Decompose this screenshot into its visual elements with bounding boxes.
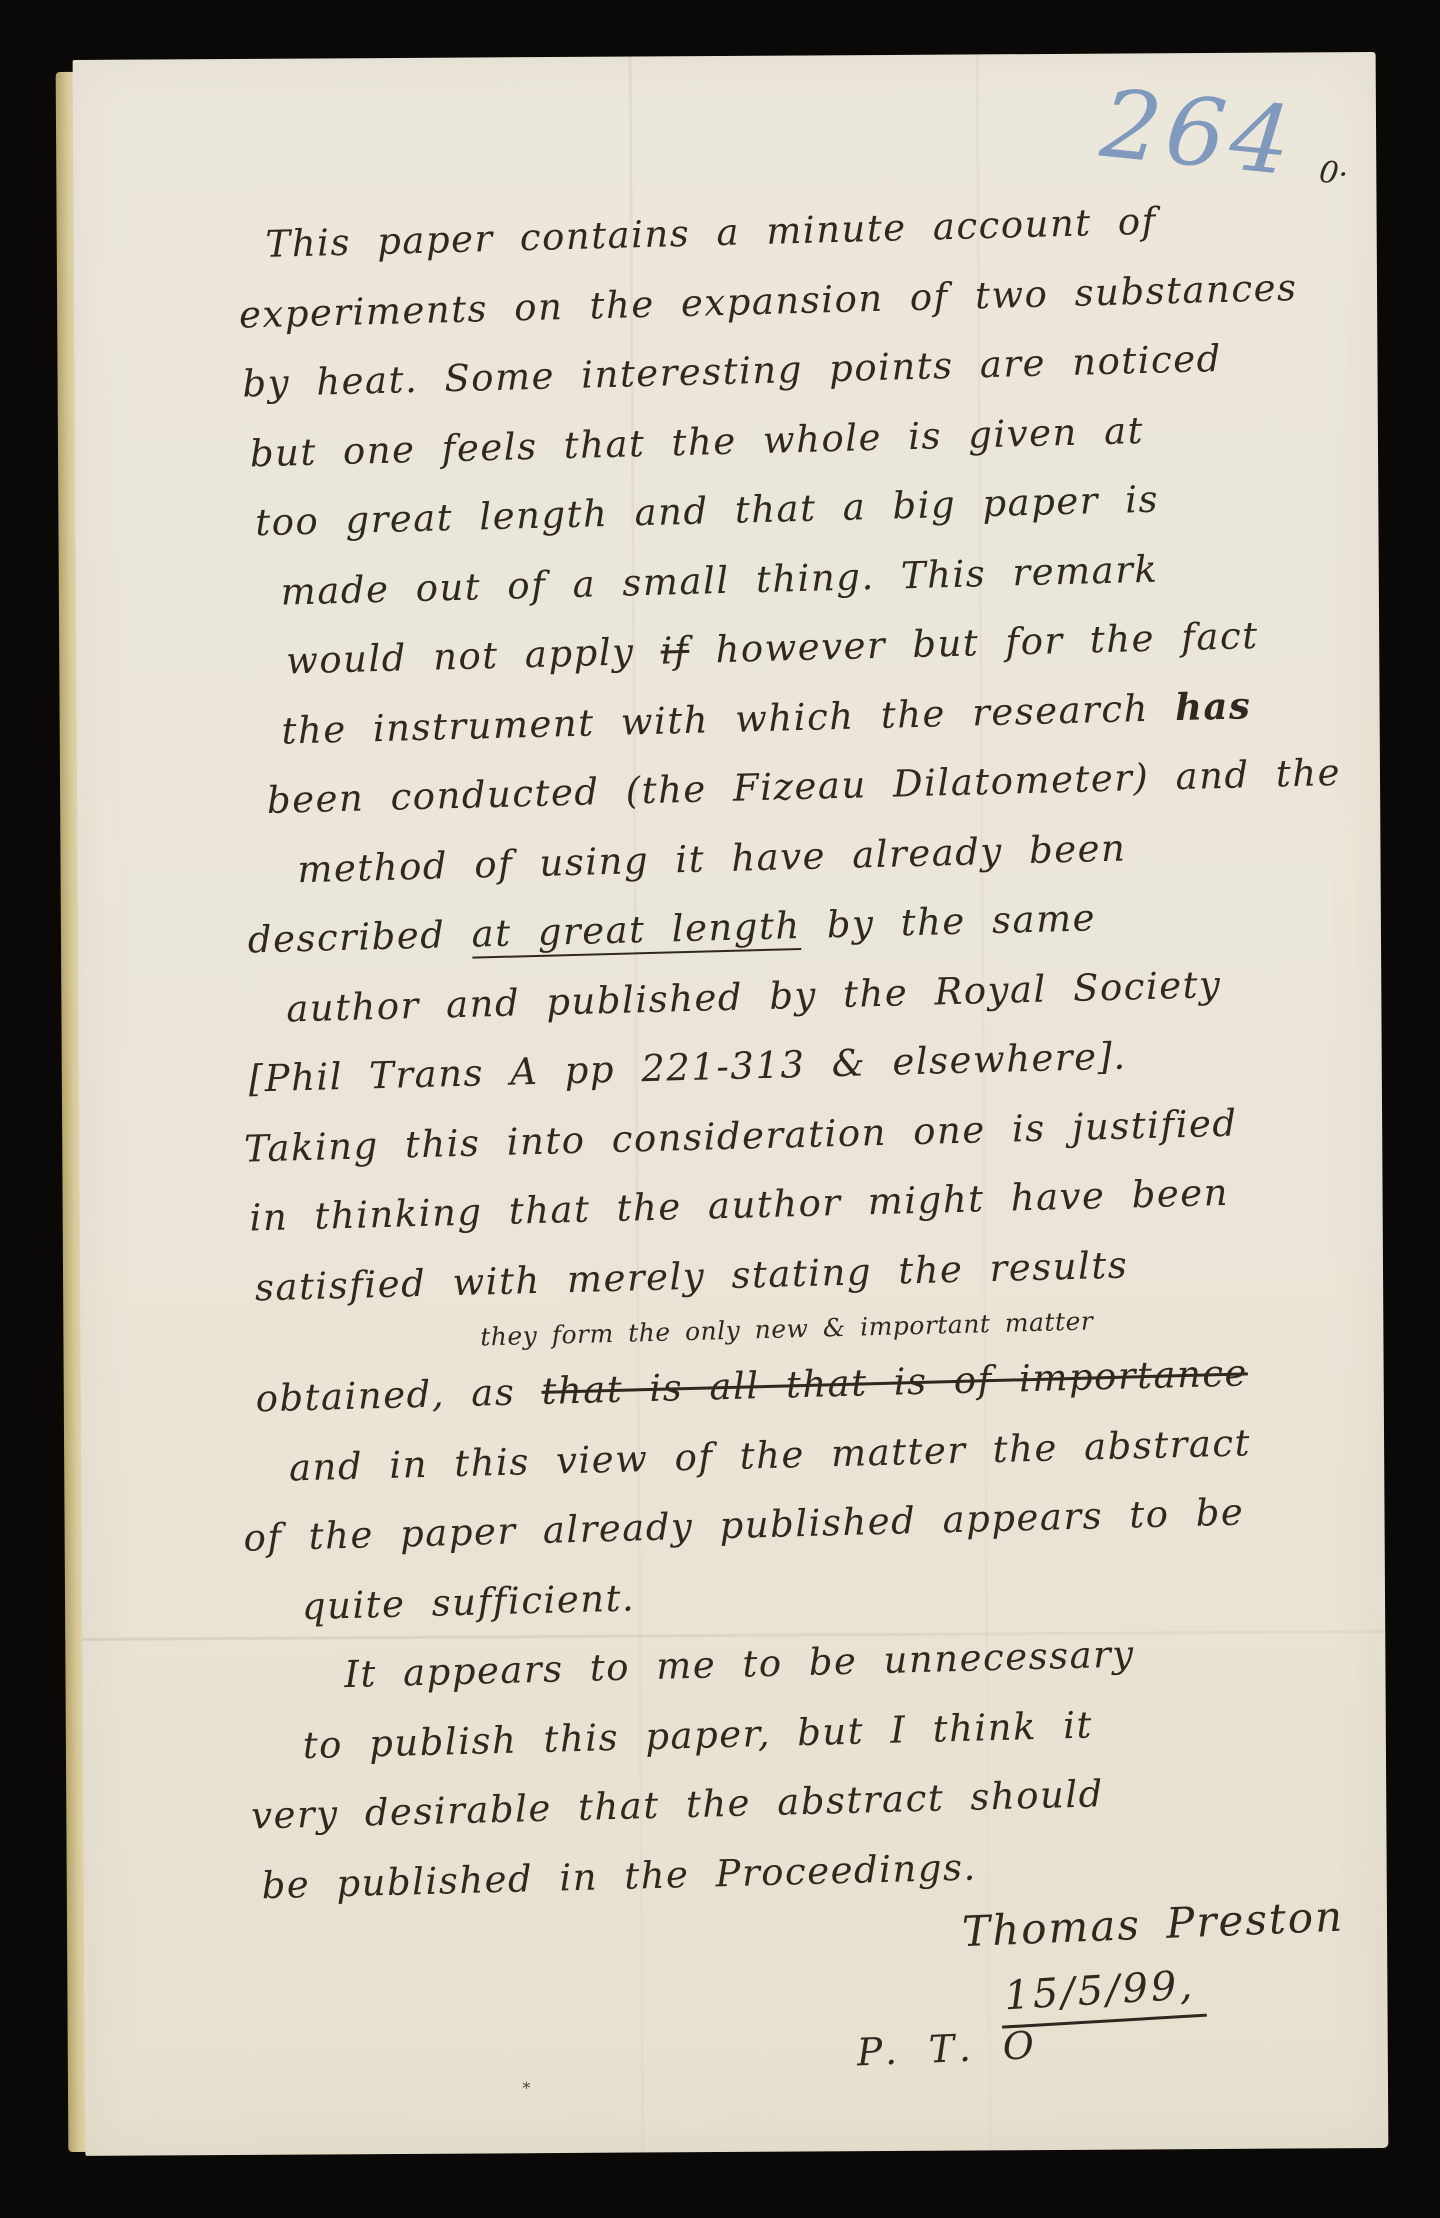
struck-text: that is all that is of importance bbox=[541, 1351, 1248, 1412]
handwritten-text: very desirable that the abstract should bbox=[251, 1772, 1105, 1837]
handwritten-text: the instrument with which the research bbox=[281, 686, 1176, 752]
handwritten-text: quite sufficient. bbox=[301, 1576, 635, 1628]
handwritten-text: satisfied with merely stating the result… bbox=[254, 1243, 1128, 1309]
handwritten-text: and in this view of the matter the abstr… bbox=[288, 1421, 1251, 1489]
handwritten-text: in thinking that the author might have b… bbox=[249, 1171, 1229, 1240]
underlined-text: at great length bbox=[471, 904, 801, 959]
handwritten-text: described bbox=[247, 913, 472, 962]
date: 15/5/99, bbox=[999, 1962, 1207, 2029]
page-turn-note: P. T. O bbox=[856, 2023, 1045, 2075]
handwritten-text: made out of a small thing. This remark bbox=[280, 547, 1159, 613]
handwritten-text: however but for the fact bbox=[689, 614, 1259, 672]
manuscript-text: This paper contains a minute account ofe… bbox=[224, 204, 1394, 1921]
manuscript-page-wrap: 264 0· This paper contains a minute acco… bbox=[56, 52, 1391, 2158]
handwritten-text: author and published by the Royal Societ… bbox=[286, 963, 1222, 1030]
handwritten-text: It appears to me to be unnecessary bbox=[344, 1632, 1135, 1696]
handwritten-text: This paper contains a minute account of bbox=[265, 200, 1157, 266]
folio-number: 264 bbox=[1096, 70, 1300, 198]
handwritten-text: by heat. Some interesting points are not… bbox=[242, 337, 1222, 406]
handwritten-text: be published in the Proceedings. bbox=[261, 1845, 977, 1907]
handwritten-text: too great length and that a big paper is bbox=[255, 478, 1160, 545]
ink-speck: ∗ bbox=[521, 2075, 532, 2094]
struck-text: if bbox=[660, 629, 690, 673]
handwritten-text: but one feels that the whole is given at bbox=[249, 408, 1144, 474]
handwritten-text: to publish this paper, but I think it bbox=[302, 1703, 1093, 1767]
handwritten-text: obtained, as bbox=[255, 1370, 542, 1420]
manuscript-page: 264 0· This paper contains a minute acco… bbox=[73, 52, 1389, 2156]
scan-background: 264 0· This paper contains a minute acco… bbox=[0, 0, 1440, 2218]
handwritten-text: method of using it have already been bbox=[297, 826, 1127, 891]
handwritten-text: would not apply bbox=[286, 630, 662, 683]
handwritten-text: of the paper already published appears t… bbox=[243, 1490, 1245, 1559]
handwritten-text: [Phil Trans A pp 221-313 & elsewhere]. bbox=[248, 1035, 1127, 1101]
handwritten-text: by the same bbox=[800, 896, 1097, 947]
handwritten-text: has bbox=[1174, 683, 1251, 729]
handwritten-text: Taking this into consideration one is ju… bbox=[244, 1101, 1239, 1170]
